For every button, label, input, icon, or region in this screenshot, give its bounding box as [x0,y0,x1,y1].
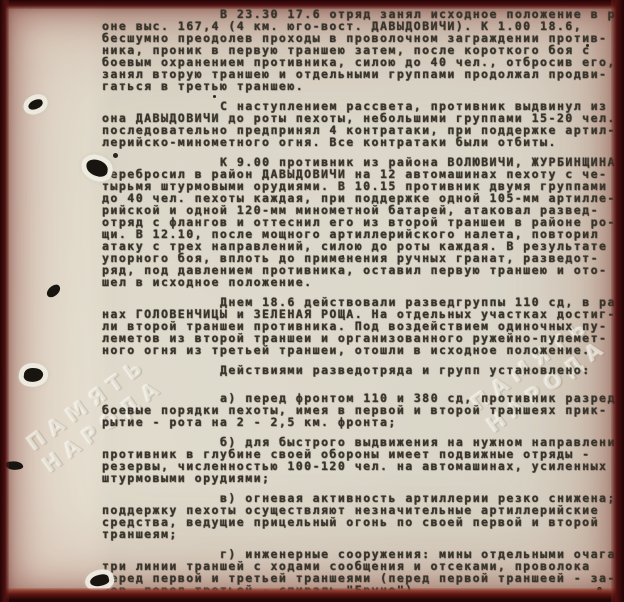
ink-dot [213,95,216,98]
text-line: средства, ведущие прицельный огонь по св… [102,516,618,528]
text-line: рытие - рота на 2 - 2,5 км. фронта; [102,416,618,428]
ink-spot [27,98,44,111]
text-line: лерийско-минометного огня. Все контратак… [102,136,618,148]
text-line: траншеям; [102,528,618,540]
frame-edge-left [0,0,9,602]
text-line: гаться в третью траншею. [102,80,618,92]
text-line: штурмовыми орудиями; [102,472,618,484]
text-line: бор, перед третьей - спираль "Бруно"). [102,584,618,596]
paragraph: С наступлением рассвета, противник выдви… [102,100,618,148]
paragraph: в) огневая активность артиллерии резко с… [102,492,618,540]
paragraph: г) инженерные сооружения: мины отдельным… [102,548,618,596]
text-line: шел в исходное положение. [102,276,618,288]
ink-dot [586,44,589,47]
document-page: ПАМЯТЬ НАРОДА ПАМЯТЬ НАРОДА В 23.30 17.6… [0,0,624,602]
paragraph: В 23.30 17.6 отряд занял исходное положе… [102,8,618,92]
paragraph: Днем 18.6 действовали разведгруппы 110 с… [102,296,618,356]
text-line: Действиями разведотряда и групп установл… [102,364,618,376]
ink-dot [597,587,602,592]
ink-spot [23,367,44,384]
text-line: ного огня из третьей траншеи, отошли в и… [102,344,618,356]
paragraph: а) перед фронтом 110 и 380 сд, противник… [102,392,618,428]
paragraph: б) для быстрого выдвижения на нужном нап… [102,436,618,484]
paragraph: Действиями разведотряда и групп установл… [102,364,618,376]
ink-spot [5,460,23,471]
document-text: В 23.30 17.6 отряд занял исходное положе… [102,8,618,596]
ink-dot [113,153,118,158]
ink-spot [45,283,63,299]
paragraph: К 9.00 противник из района ВОЛЮВИЧИ, ЖУР… [102,156,618,288]
ink-dot [342,255,344,257]
